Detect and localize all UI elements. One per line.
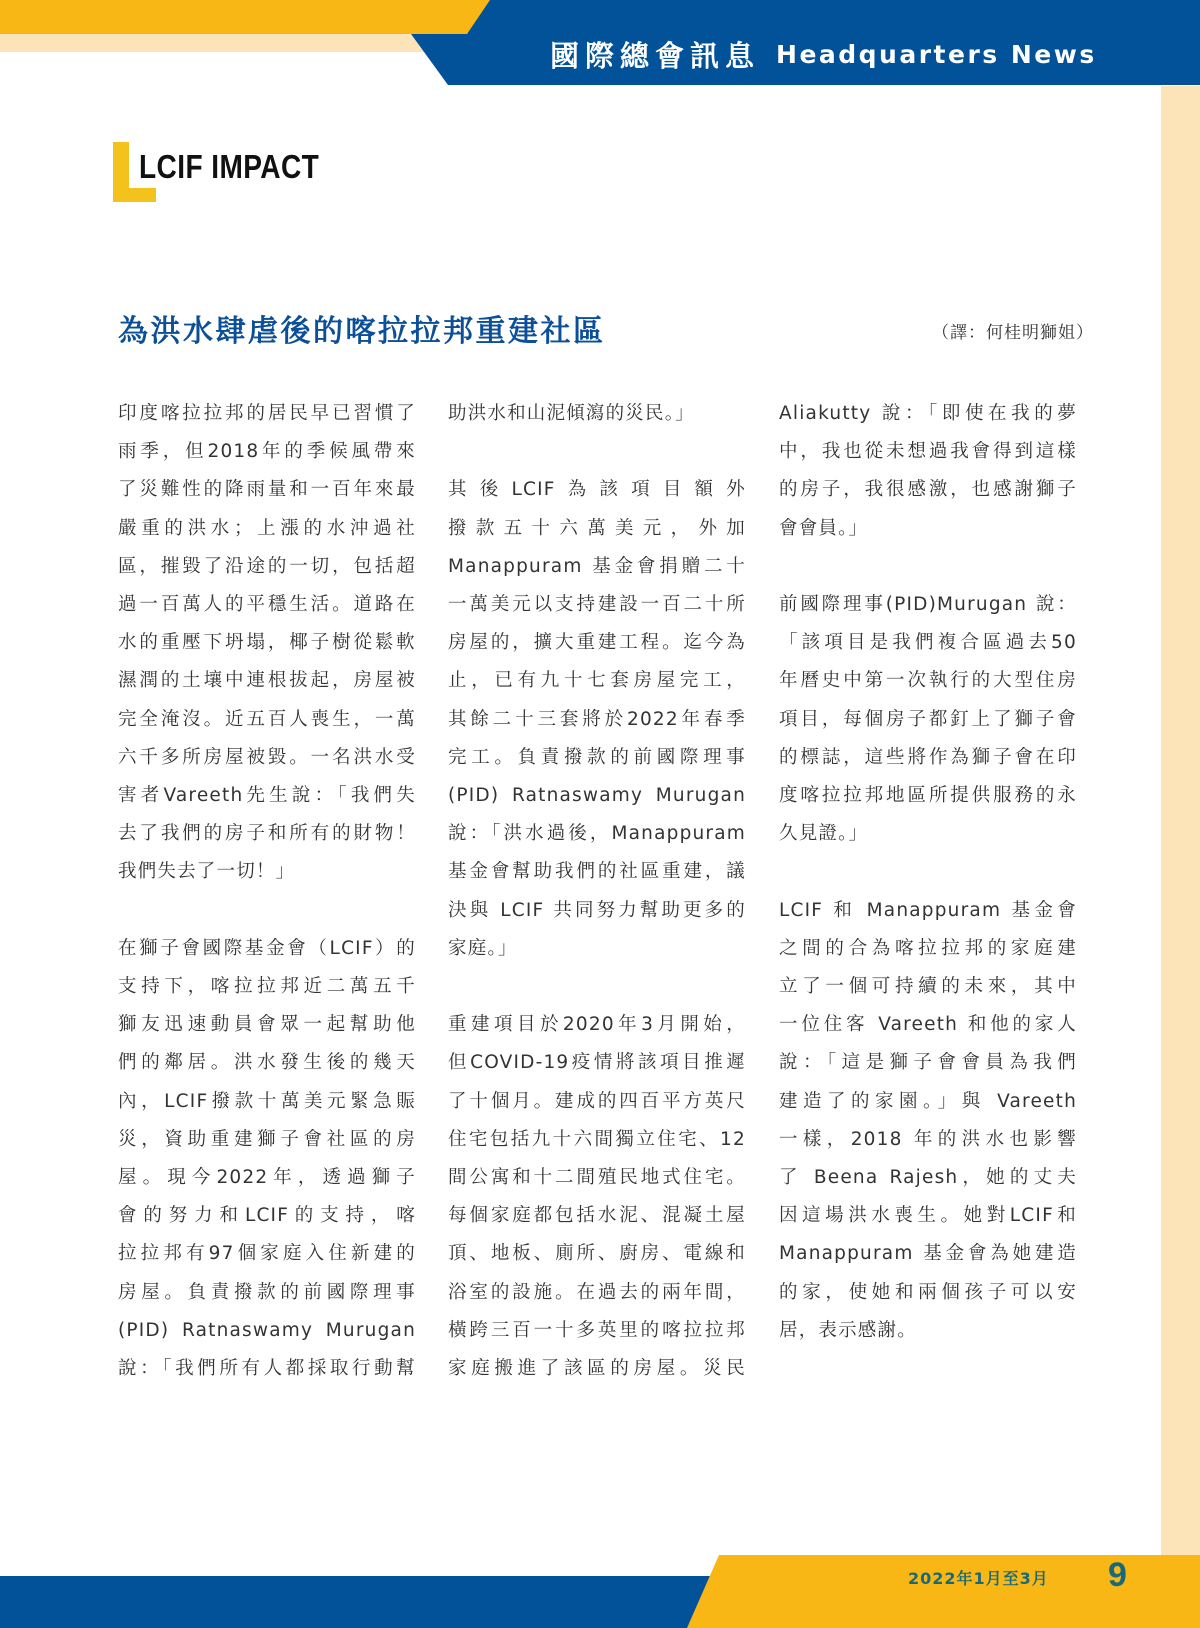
text-line: 了十個月。建成的四百平方英尺: [448, 1083, 746, 1121]
text-line: 建造了的家園。」與 Vareeth: [779, 1083, 1077, 1121]
text-line: 一位住客 Vareeth 和他的家人: [779, 1006, 1077, 1044]
text-line: 會會員。」: [779, 510, 1077, 548]
text-line: 會的努力和LCIF的支持，喀: [118, 1197, 416, 1235]
text-line: 重建項目於2020年3月開始，: [448, 1006, 746, 1044]
text-line: Aliakutty 說：「即使在我的夢: [779, 395, 1077, 433]
text-line: 說：「洪水過後，Manappuram: [448, 815, 746, 853]
text-line: 說：「這是獅子會會員為我們: [779, 1044, 1077, 1082]
paragraph: 重建項目於2020年3月開始， 但COVID-19疫情將該項目推遲 了十個月。建…: [448, 1006, 746, 1388]
text-line: 住宅包括九十六間獨立住宅、12: [448, 1121, 746, 1159]
text-line: 項目，每個房子都釘上了獅子會: [779, 701, 1077, 739]
text-line: 家庭搬進了該區的房屋。災民: [448, 1350, 746, 1388]
paragraph: 印度喀拉拉邦的居民早已習慣了 雨季，但2018年的季候風帶來 了災難性的降雨量和…: [118, 395, 416, 892]
text-line: 助洪水和山泥傾瀉的災民。」: [448, 395, 746, 433]
paragraph-gap: [779, 548, 1077, 586]
text-line: 立了一個可持續的未來，其中: [779, 968, 1077, 1006]
text-line: 橫跨三百一十多英里的喀拉拉邦: [448, 1312, 746, 1350]
text-line: 支持下，喀拉拉邦近二萬五千: [118, 968, 416, 1006]
text-line: 六千多所房屋被毀。一名洪水受: [118, 739, 416, 777]
text-line: 居，表示感謝。: [779, 1312, 1077, 1350]
header-cream-band: [0, 34, 480, 52]
text-line: 內，LCIF撥款十萬美元緊急賑: [118, 1083, 416, 1121]
paragraph: 前國際理事(PID)Murugan 說： 「該項目是我們複合區過去50 年曆史中…: [779, 586, 1077, 853]
issue-date: 2022年1月至3月: [908, 1566, 1049, 1589]
text-line: 印度喀拉拉邦的居民早已習慣了: [118, 395, 416, 433]
text-line: 拉拉邦有97個家庭入住新建的: [118, 1235, 416, 1273]
text-line: Manappuram 基金會為她建造: [779, 1235, 1077, 1273]
text-line: 其餘二十三套將於2022年春季: [448, 701, 746, 739]
paragraph-gap: [118, 892, 416, 930]
article-title: 為洪水肆虐後的喀拉拉邦重建社區: [118, 306, 606, 350]
text-line: 雨季，但2018年的季候風帶來: [118, 433, 416, 471]
text-line: 房屋。負責撥款的前國際理事: [118, 1274, 416, 1312]
text-line: 區，摧毀了沿途的一切，包括超: [118, 548, 416, 586]
text-line: 頂、地板、廁所、廚房、電線和: [448, 1235, 746, 1273]
text-line: 間公寓和十二間殖民地式住宅。: [448, 1159, 746, 1197]
paragraph-gap: [779, 853, 1077, 891]
text-line: 們的鄰居。洪水發生後的幾天: [118, 1044, 416, 1082]
article-column-1: 印度喀拉拉邦的居民早已習慣了 雨季，但2018年的季候風帶來 了災難性的降雨量和…: [118, 395, 416, 1388]
text-line: 水的重壓下坍塌，椰子樹從鬆軟: [118, 624, 416, 662]
text-line: 中，我也從未想過我會得到這樣: [779, 433, 1077, 471]
text-line: (PID) Ratnaswamy Murugan: [118, 1312, 416, 1350]
text-line: 獅友迅速動員會眾一起幫助他: [118, 1006, 416, 1044]
text-line: 濕潤的土壤中連根拔起，房屋被: [118, 662, 416, 700]
text-line: 基金會幫助我們的社區重建，議: [448, 853, 746, 891]
section-label: LCIF IMPACT: [113, 142, 353, 202]
text-line: 屋。現今2022年，透過獅子: [118, 1159, 416, 1197]
section-l-bracket-foot: [113, 188, 156, 202]
text-line: 完工。負責撥款的前國際理事: [448, 739, 746, 777]
article-column-3: Aliakutty 說：「即使在我的夢 中，我也從未想過我會得到這樣 的房子，我…: [779, 395, 1077, 1350]
text-line: 年曆史中第一次執行的大型住房: [779, 662, 1077, 700]
paragraph: 在獅子會國際基金會（LCIF）的 支持下，喀拉拉邦近二萬五千 獅友迅速動員會眾一…: [118, 930, 416, 1388]
text-line: 撥款五十六萬美元，外加: [448, 510, 746, 548]
text-line: 一樣，2018 年的洪水也影響: [779, 1121, 1077, 1159]
text-line: 去了我們的房子和所有的財物！: [118, 815, 416, 853]
page-number: 9: [1108, 1556, 1127, 1595]
header-title: 國際總會訊息 Headquarters News: [550, 34, 1097, 74]
paragraph: LCIF 和 Manappuram 基金會 之間的合為喀拉拉邦的家庭建 立了一個…: [779, 892, 1077, 1350]
text-line: 了 Beena Rajesh，她的丈夫: [779, 1159, 1077, 1197]
article-column-2: 助洪水和山泥傾瀉的災民。」 其後LCIF為該項目額外 撥款五十六萬美元，外加 M…: [448, 395, 746, 1388]
text-line: 房屋的，擴大重建工程。迄今為: [448, 624, 746, 662]
translator-credit: （譯：何桂明獅姐）: [932, 318, 1094, 343]
text-line: 說：「我們所有人都採取行動幫: [118, 1350, 416, 1388]
text-line: 因這場洪水喪生。她對LCIF和: [779, 1197, 1077, 1235]
text-line: 度喀拉拉邦地區所提供服務的永: [779, 777, 1077, 815]
text-line: 了災難性的降雨量和一百年來最: [118, 471, 416, 509]
text-line: (PID) Ratnaswamy Murugan: [448, 777, 746, 815]
text-line: 但COVID-19疫情將該項目推遲: [448, 1044, 746, 1082]
paragraph-gap: [448, 968, 746, 1006]
text-line: 嚴重的洪水；上漲的水沖過社: [118, 510, 416, 548]
text-line: 前國際理事(PID)Murugan 說：: [779, 586, 1077, 624]
text-line: LCIF 和 Manappuram 基金會: [779, 892, 1077, 930]
text-line: 決與 LCIF 共同努力幫助更多的: [448, 892, 746, 930]
paragraph-gap: [448, 433, 746, 471]
paragraph: 助洪水和山泥傾瀉的災民。」: [448, 395, 746, 433]
text-line: 的房子，我很感激，也感謝獅子: [779, 471, 1077, 509]
text-line: 止，已有九十七套房屋完工，: [448, 662, 746, 700]
text-line: 的標誌，這些將作為獅子會在印: [779, 739, 1077, 777]
text-line: 害者Vareeth先生說：「我們失: [118, 777, 416, 815]
text-line: 久見證。」: [779, 815, 1077, 853]
text-line: 之間的合為喀拉拉邦的家庭建: [779, 930, 1077, 968]
paragraph: Aliakutty 說：「即使在我的夢 中，我也從未想過我會得到這樣 的房子，我…: [779, 395, 1077, 548]
text-line: 的家，使她和兩個孩子可以安: [779, 1274, 1077, 1312]
text-line: 「該項目是我們複合區過去50: [779, 624, 1077, 662]
text-line: Manappuram 基金會捐贈二十: [448, 548, 746, 586]
text-line: 一萬美元以支持建設一百二十所: [448, 586, 746, 624]
footer-blue-band: [0, 1576, 720, 1628]
text-line: 我們失去了一切！」: [118, 853, 416, 891]
paragraph: 其後LCIF為該項目額外 撥款五十六萬美元，外加 Manappuram 基金會捐…: [448, 471, 746, 968]
header-title-en: Headquarters News: [776, 40, 1097, 69]
header-title-zh: 國際總會訊息: [550, 34, 760, 75]
text-line: 每個家庭都包括水泥、混凝土屋: [448, 1197, 746, 1235]
text-line: 浴室的設施。在過去的兩年間，: [448, 1274, 746, 1312]
right-side-strip: [1161, 86, 1200, 1598]
text-line: 過一百萬人的平穩生活。道路在: [118, 586, 416, 624]
text-line: 其後LCIF為該項目額外: [448, 471, 746, 509]
section-label-text: LCIF IMPACT: [139, 148, 319, 186]
text-line: 在獅子會國際基金會（LCIF）的: [118, 930, 416, 968]
text-line: 家庭。」: [448, 930, 746, 968]
text-line: 完全淹沒。近五百人喪生，一萬: [118, 701, 416, 739]
text-line: 災，資助重建獅子會社區的房: [118, 1121, 416, 1159]
